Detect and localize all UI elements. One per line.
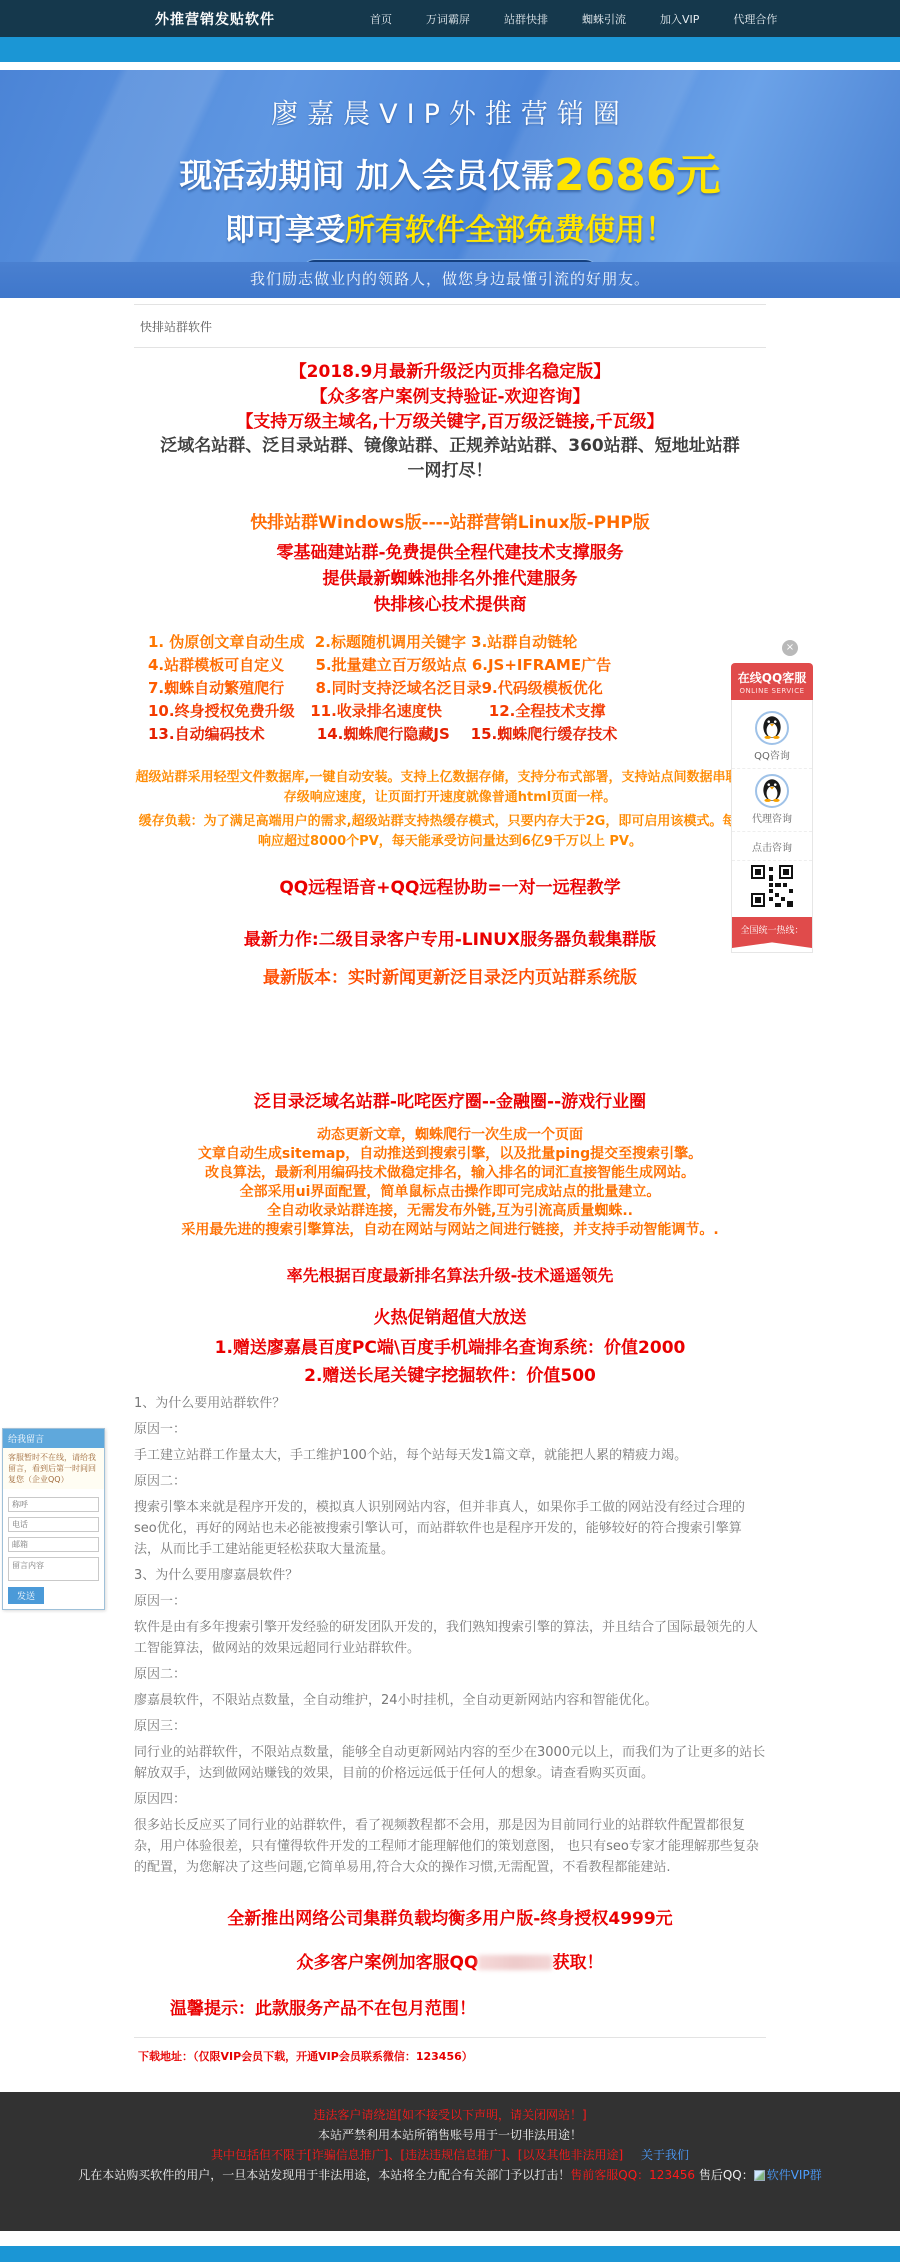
accent-strip bbox=[0, 37, 900, 62]
latest-version-line: 最新版本：实时新闻更新泛目录泛内页站群系统版 bbox=[134, 966, 766, 990]
cases-line: 众多客户案例加客服QQ获取！ bbox=[134, 1951, 766, 1975]
spacer bbox=[0, 62, 900, 70]
red-line-3: 快排核心技术提供商 bbox=[134, 593, 766, 617]
latest-work-line: 最新力作:二级目录客户专用-LINUX服务器负载集群版 bbox=[134, 928, 766, 952]
main-nav: 首页 万词霸屏 站群快排 蜘蛛引流 加入VIP 代理合作 bbox=[370, 11, 811, 27]
about-us-link[interactable]: 关于我们 bbox=[641, 2148, 689, 2162]
heading-versions: 快排站群Windows版----站群营销Linux版-PHP版 bbox=[134, 508, 766, 533]
chat-form: 发送 bbox=[3, 1489, 104, 1609]
dyn-line-6: 采用最先进的搜索引擎算法，自动在网站与网站之间进行链接，并支持手动智能调节。. bbox=[134, 1221, 766, 1240]
bottom-accent-strip bbox=[0, 2246, 900, 2262]
footer-warning-2: 本站严禁利用本站所销售账号用于一切非法用途！ bbox=[0, 2125, 900, 2145]
page-title: 快排站群软件 bbox=[134, 305, 766, 347]
banner-benefit-prefix: 即可享受 bbox=[225, 213, 345, 248]
dynamic-paragraph: 动态更新文章，蜘蛛爬行一次生成一个页面 文章自动生成sitemap，自动推送到搜… bbox=[134, 1126, 766, 1240]
heading-upgrade: 【2018.9月最新升级泛内页排名稳定版】 bbox=[134, 360, 766, 384]
qq-teach-line: QQ远程语音+QQ远程协助=一对一远程教学 bbox=[134, 876, 766, 900]
qq-consult-button[interactable]: QQ咨询 bbox=[732, 706, 812, 769]
main-content: 快排站群软件 【2018.9月最新升级泛内页排名稳定版】 【众多客户案例支持验证… bbox=[134, 298, 766, 2086]
dyn-line-3: 改良算法，最新利用编码技术做稳定排名，输入排名的词汇直接智能生成网站。 bbox=[134, 1164, 766, 1183]
click-consult-button[interactable]: 点击咨询 bbox=[732, 832, 812, 861]
dyn-line-5: 全自动收录站群连接，无需发布外链,互为引流高质量蜘蛛.. bbox=[134, 1202, 766, 1221]
name-field[interactable] bbox=[8, 1497, 99, 1512]
qa-p5: 同行业的站群软件，不限站点数量，能够全自动更新网站内容的至少在3000元以上，而… bbox=[134, 1742, 766, 1784]
feature-row-4: 10.终身授权免费升级 11.收录排名速度快 12.全程技术支撑 bbox=[148, 700, 766, 723]
message-field[interactable] bbox=[8, 1557, 99, 1581]
promo-item-2: 2.赠送长尾关键字挖掘软件：价值500 bbox=[134, 1364, 766, 1388]
qq-widget-body: QQ咨询 代理咨询 点击咨询 全国统一热线： bbox=[731, 700, 813, 953]
nav-zhizhu[interactable]: 蜘蛛引流 bbox=[582, 11, 626, 27]
qq-widget-title: 在线QQ客服 bbox=[733, 669, 811, 686]
site-logo[interactable]: 外推营销发贴软件 bbox=[155, 9, 275, 29]
feature-list: 1. 伪原创文章自动生成 2.标题随机调用关键字 3.站群自动链轮 4.站群模板… bbox=[134, 631, 766, 746]
chat-widget-message: 客服暂时不在线，请给我留言，看到后第一时间回复您（企业QQ） bbox=[3, 1448, 104, 1489]
qa-p1: 手工建立站群工作量太大，手工维护100个站，每个站每天发1篇文章，就能把人累的精… bbox=[134, 1445, 766, 1466]
footer-warning-3-text: 其中包括但不限于[诈骗信息推广]、[违法违规信息推广]、[以及其他非法用途] bbox=[211, 2148, 623, 2162]
footer-warning-1: 违法客户请绕道[如不接受以下声明，请关闭网站！] bbox=[0, 2105, 900, 2125]
footer: 违法客户请绕道[如不接受以下声明，请关闭网站！] 本站严禁利用本站所销售账号用于… bbox=[0, 2092, 900, 2231]
multi-user-line: 全新推出网络公司集群负载均衡多用户版-终身授权4999元 bbox=[134, 1907, 766, 1931]
circle-heading: 泛目录泛域名站群-叱咤医疗圈--金融圈--游戏行业圈 bbox=[134, 1090, 766, 1114]
qq-penguin-icon bbox=[755, 774, 789, 808]
qa-r6: 原因四： bbox=[134, 1789, 766, 1810]
qa-r3: 原因一： bbox=[134, 1591, 766, 1612]
banner-price: 2686元 bbox=[554, 150, 720, 201]
heading-support: 【支持万级主域名,十万级关键字,百万级泛链接,千瓦级】 bbox=[134, 410, 766, 434]
phone-field[interactable] bbox=[8, 1517, 99, 1532]
nav-agent[interactable]: 代理合作 bbox=[733, 11, 777, 27]
redacted-qq-number bbox=[478, 1955, 552, 1970]
presale-qq: 售前客服QQ：123456 bbox=[570, 2168, 695, 2182]
qq-service-widget: 在线QQ客服 ONLINE SERVICE QQ咨询 代理咨询 点击咨询 bbox=[731, 663, 813, 953]
dyn-line-4: 全部采用ui界面配置，简单鼠标点击操作即可完成站点的批量建立。 bbox=[134, 1183, 766, 1202]
banner-price-prefix: 现活动期间 加入会员仅需 bbox=[180, 156, 555, 195]
empty-image-area bbox=[134, 990, 766, 1090]
feature-row-3: 7.蜘蛛自动繁殖爬行 8.同时支持泛域名泛目录9.代码级模板优化 bbox=[148, 677, 766, 700]
heading-cases: 【众多客户案例支持验证-欢迎咨询】 bbox=[134, 385, 766, 409]
red-line-2: 提供最新蜘蛛池排名外推代建服务 bbox=[134, 567, 766, 591]
limited-offer-note: 注：仅限500名 活动后立即恢复原价6999元 bbox=[301, 259, 599, 262]
click-consult-label: 点击咨询 bbox=[732, 839, 812, 854]
vip-group-link[interactable]: 软件VIP群 bbox=[754, 2168, 822, 2182]
tech-paragraph: 超级站群采用轻型文件数据库,一键自动安装。支持上亿数据存储，支持分布式部署，支持… bbox=[134, 768, 766, 852]
qq-widget-subtitle: ONLINE SERVICE bbox=[733, 687, 811, 695]
chat-widget-title: 给我留言 bbox=[3, 1429, 104, 1448]
dyn-line-1: 动态更新文章，蜘蛛爬行一次生成一个页面 bbox=[134, 1126, 766, 1145]
promo-item-1: 1.赠送廖嘉晨百度PC端\百度手机端排名查询系统：价值2000 bbox=[134, 1336, 766, 1360]
warm-tip-line: 温馨提示：此款服务产品不在包月范围！ bbox=[134, 1997, 766, 2021]
qa-q3: 3、为什么要用廖嘉晨软件？ bbox=[134, 1565, 766, 1586]
page: 外推营销发贴软件 首页 万词霸屏 站群快排 蜘蛛引流 加入VIP 代理合作 廖嘉… bbox=[0, 0, 900, 2262]
agent-consult-label: 代理咨询 bbox=[732, 810, 812, 825]
feature-row-2: 4.站群模板可自定义 5.批量建立百万级站点 6.JS+IFRAME广告 bbox=[148, 654, 766, 677]
algo-line: 率先根据百度最新排名算法升级-技术遥遥领先 bbox=[134, 1264, 766, 1288]
cases-prefix: 众多客户案例加客服QQ bbox=[297, 1953, 479, 1973]
footer-warning-3: 其中包括但不限于[诈骗信息推广]、[违法违规信息推广]、[以及其他非法用途] 关… bbox=[0, 2145, 900, 2165]
intro-line2: 一网打尽！ bbox=[134, 459, 766, 484]
promo-heading: 火热促销超值大放送 bbox=[134, 1306, 766, 1330]
top-navbar: 外推营销发贴软件 首页 万词霸屏 站群快排 蜘蛛引流 加入VIP 代理合作 bbox=[0, 0, 900, 37]
cases-suffix: 获取！ bbox=[552, 1953, 603, 1973]
qq-consult-label: QQ咨询 bbox=[732, 747, 812, 762]
qa-r4: 原因二： bbox=[134, 1664, 766, 1685]
banner-tagline: 我们励志做业内的领路人，做您身边最懂引流的好朋友。 bbox=[0, 262, 900, 298]
spacer bbox=[0, 2231, 900, 2246]
agent-consult-button[interactable]: 代理咨询 bbox=[732, 769, 812, 832]
send-button[interactable]: 发送 bbox=[8, 1587, 44, 1604]
qr-code bbox=[732, 861, 812, 917]
banner-title: 廖嘉晨VIP外推营销圈 bbox=[0, 92, 900, 131]
email-field[interactable] bbox=[8, 1537, 99, 1552]
dyn-line-2: 文章自动生成sitemap，自动推送到搜索引擎，以及批量ping提交至搜索引擎。 bbox=[134, 1145, 766, 1164]
red-line-1: 零基础建站群-免费提供全程代建技术支撑服务 bbox=[134, 541, 766, 565]
qa-r5: 原因三： bbox=[134, 1716, 766, 1737]
qa-r1: 原因一： bbox=[134, 1419, 766, 1440]
intro-line1: 泛域名站群、泛目录站群、镜像站群、正规养站站群、360站群、短地址站群 bbox=[134, 434, 766, 459]
banner-benefit-line: 即可享受所有软件全部免费使用！ bbox=[0, 205, 900, 249]
footer-warning-4: 凡在本站购买软件的用户，一旦本站发现用于非法用途，本站将全力配合有关部门予以打击… bbox=[0, 2165, 900, 2185]
leave-message-widget: 给我留言 客服暂时不在线，请给我留言，看到后第一时间回复您（企业QQ） 发送 bbox=[2, 1428, 105, 1610]
qa-p6: 很多站长反应买了同行业的站群软件，看了视频教程都不会用，那是因为目前同行业的站群… bbox=[134, 1815, 766, 1878]
footer-warning-4-text: 凡在本站购买软件的用户，一旦本站发现用于非法用途，本站将全力配合有关部门予以打击… bbox=[78, 2168, 570, 2182]
banner-price-line: 现活动期间 加入会员仅需2686元 bbox=[0, 139, 900, 203]
qa-p2: 搜索引擎本来就是程序开发的，模拟真人识别网站内容，但并非真人，如果你手工做的网站… bbox=[134, 1497, 766, 1560]
tech-line-1: 超级站群采用轻型文件数据库,一键自动安装。支持上亿数据存储，支持分布式部署，支持… bbox=[134, 768, 766, 808]
qq-widget-header: 在线QQ客服 ONLINE SERVICE bbox=[731, 663, 813, 700]
qa-p3: 软件是由有多年搜索引擎开发经验的研发团队开发的，我们熟知搜索引擎的算法，并且结合… bbox=[134, 1617, 766, 1659]
hero-banner: 廖嘉晨VIP外推营销圈 现活动期间 加入会员仅需2686元 即可享受所有软件全部… bbox=[0, 70, 900, 262]
tech-line-2: 缓存负载：为了满足高端用户的需求,超级站群支持热缓存模式，只要内存大于2G，即可… bbox=[134, 812, 766, 852]
download-note: 下载地址：（仅限VIP会员下载，开通VIP会员联系微信：123456） bbox=[134, 2038, 766, 2086]
nav-wanci[interactable]: 万词霸屏 bbox=[426, 11, 470, 27]
qa-p4: 廖嘉晨软件，不限站点数量，全自动维护，24小时挂机，全自动更新网站内容和智能优化… bbox=[134, 1690, 766, 1711]
aftersale-label: 售后QQ： bbox=[699, 2168, 754, 2182]
nav-home[interactable]: 首页 bbox=[370, 11, 392, 27]
qa-section: 1、为什么要用站群软件？ 原因一： 手工建立站群工作量太大，手工维护100个站，… bbox=[134, 1393, 766, 1878]
feature-row-1: 1. 伪原创文章自动生成 2.标题随机调用关键字 3.站群自动链轮 bbox=[148, 631, 766, 654]
nav-zhanqun[interactable]: 站群快排 bbox=[504, 11, 548, 27]
feature-row-5: 13.自动编码技术 14.蜘蛛爬行隐藏JS 15.蜘蛛爬行缓存技术 bbox=[148, 723, 766, 746]
qq-penguin-icon bbox=[755, 711, 789, 745]
qa-r2: 原因二： bbox=[134, 1471, 766, 1492]
close-icon[interactable]: × bbox=[782, 640, 798, 656]
qa-q1: 1、为什么要用站群软件？ bbox=[134, 1393, 766, 1414]
nav-vip[interactable]: 加入VIP bbox=[660, 11, 699, 27]
vip-group-label: 软件VIP群 bbox=[767, 2168, 822, 2182]
banner-benefit-highlight: 所有软件全部免费使用！ bbox=[345, 213, 675, 248]
broken-image-icon bbox=[754, 2170, 765, 2181]
hotline-ribbon: 全国统一热线： bbox=[732, 917, 812, 948]
